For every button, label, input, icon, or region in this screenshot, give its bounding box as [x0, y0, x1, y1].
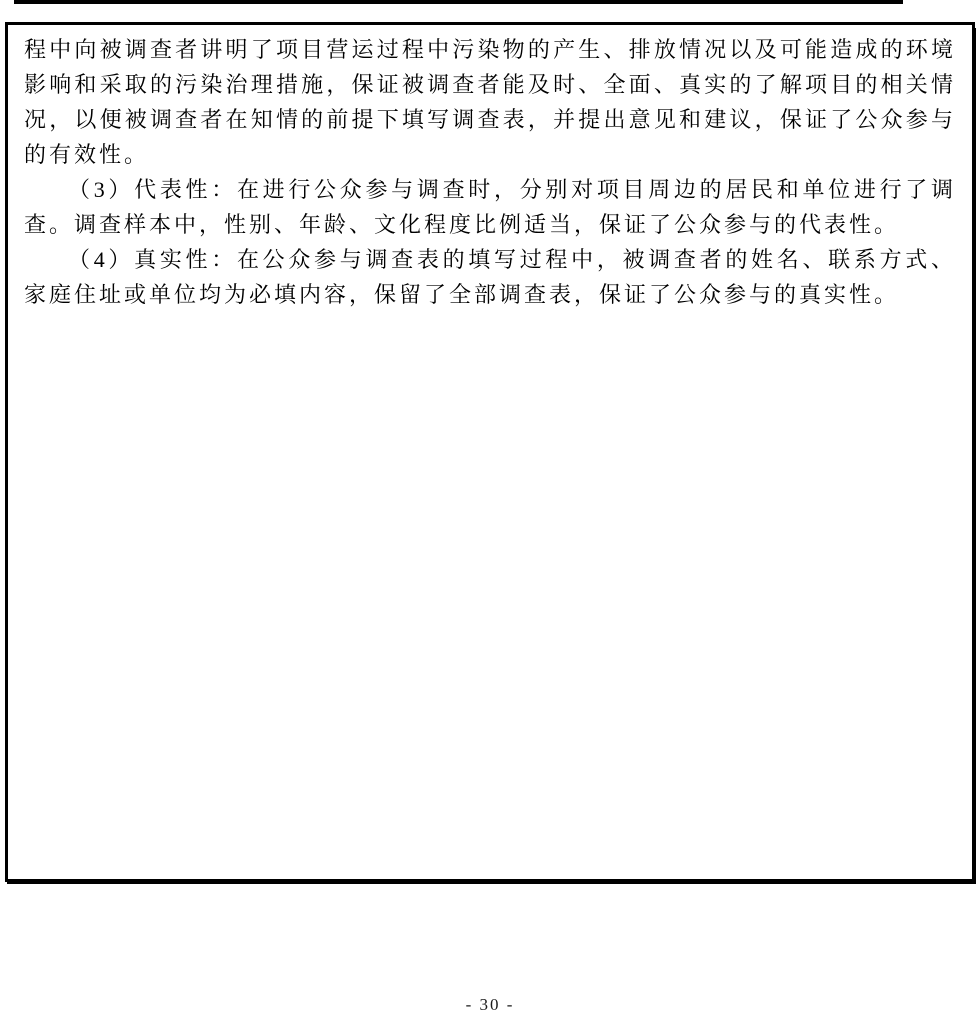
header-rule: [14, 0, 903, 4]
document-page: 程中向被调查者讲明了项目营运过程中污染物的产生、排放情况以及可能造成的环境影响和…: [0, 0, 980, 1022]
paragraph-representativeness: （3）代表性：在进行公众参与调查时，分别对项目周边的居民和单位进行了调查。调查样…: [24, 172, 956, 242]
paragraph-continuation: 程中向被调查者讲明了项目营运过程中污染物的产生、排放情况以及可能造成的环境影响和…: [24, 32, 956, 172]
document-border-frame: 程中向被调查者讲明了项目营运过程中污染物的产生、排放情况以及可能造成的环境影响和…: [5, 22, 975, 882]
page-number: - 30 -: [0, 995, 980, 1015]
paragraph-authenticity: （4）真实性：在公众参与调查表的填写过程中，被调查者的姓名、联系方式、家庭住址或…: [24, 242, 956, 312]
